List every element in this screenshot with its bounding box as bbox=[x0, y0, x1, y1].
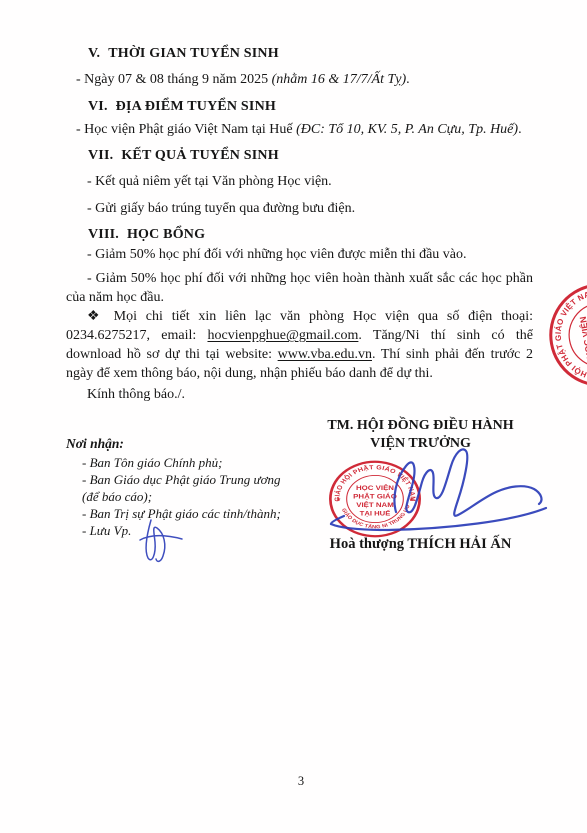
text-run: . bbox=[518, 122, 522, 137]
section-vi-item: - Học viện Phật giáo Việt Nam tại Huế (Đ… bbox=[66, 120, 533, 139]
authority-line1: TM. HỘI ĐỒNG ĐIỀU HÀNH bbox=[298, 417, 543, 435]
section-number: VII. bbox=[88, 148, 113, 163]
section-heading-viii: VIII.HỌC BỔNG bbox=[66, 225, 533, 245]
section-heading-vi: VI.ĐỊA ĐIỂM TUYỂN SINH bbox=[66, 97, 533, 117]
section-heading-vii: VII.KẾT QUẢ TUYỂN SINH bbox=[66, 146, 533, 166]
section-v-item: - Ngày 07 & 08 tháng 9 năm 2025 (nhằm 16… bbox=[66, 70, 533, 89]
signer-name: Hoà thượng THÍCH HẢI ẤN bbox=[288, 536, 553, 553]
page-number: 3 bbox=[289, 774, 313, 789]
diamond-bullet-icon: ❖ bbox=[87, 309, 105, 324]
recipient-item: - Lưu Vp. bbox=[82, 522, 300, 539]
page-edge-seal: GIÁO HỘI PHẬT GIÁO VIỆT NAM BAN GIÁO DỤC… bbox=[547, 281, 587, 389]
section-vii-item: - Gửi giấy báo trúng tuyển qua đường bưu… bbox=[66, 199, 533, 218]
section-heading-v: V.THỜI GIAN TUYỂN SINH bbox=[66, 44, 533, 64]
recipient-item: - Ban Giáo dục Phật giáo Trung ương (để … bbox=[82, 471, 300, 505]
closing-line: Kính thông báo./. bbox=[66, 385, 533, 404]
text-run: . bbox=[406, 72, 410, 87]
contact-paragraph: ❖ Mọi chi tiết xin liên lạc văn phòng Họ… bbox=[66, 307, 533, 383]
section-title: HỌC BỔNG bbox=[127, 227, 205, 242]
text-run-italic: (nhằm 16 & 17/7/Ất Tỵ) bbox=[272, 72, 407, 87]
email-link[interactable]: hocvienpghue@gmail.com bbox=[207, 328, 358, 343]
signature-ink bbox=[318, 438, 558, 538]
seal-center-line: HỌC VIỆN bbox=[577, 316, 587, 360]
document-body: V.THỜI GIAN TUYỂN SINH - Ngày 07 & 08 th… bbox=[66, 44, 533, 404]
section-number: VI. bbox=[88, 99, 108, 114]
section-viii-item: - Giảm 50% học phí đối với những học viê… bbox=[66, 269, 533, 307]
recipient-item: - Ban Trị sự Phật giáo các tỉnh/thành; bbox=[82, 505, 300, 522]
text-run: - Học viện Phật giáo Việt Nam tại Huế bbox=[76, 122, 296, 137]
section-title: ĐỊA ĐIỂM TUYỂN SINH bbox=[116, 99, 276, 114]
recipients-heading: Nơi nhận: bbox=[66, 436, 290, 452]
section-number: V. bbox=[88, 46, 100, 61]
section-vii-item: - Kết quả niêm yết tại Văn phòng Học việ… bbox=[66, 172, 533, 191]
recipient-item: - Ban Tôn giáo Chính phủ; bbox=[82, 454, 300, 471]
section-title: KẾT QUẢ TUYỂN SINH bbox=[121, 148, 279, 163]
document-page: V.THỜI GIAN TUYỂN SINH - Ngày 07 & 08 th… bbox=[0, 0, 587, 833]
text-run: - Ngày 07 & 08 tháng 9 năm 2025 bbox=[76, 72, 272, 87]
section-viii-item: - Giảm 50% học phí đối với những học viê… bbox=[66, 245, 533, 264]
website-link[interactable]: www.vba.edu.vn bbox=[278, 347, 372, 362]
section-number: VIII. bbox=[88, 227, 119, 242]
text-run-italic: (ĐC: Tổ 10, KV. 5, P. An Cựu, Tp. Huế) bbox=[296, 122, 518, 137]
section-title: THỜI GIAN TUYỂN SINH bbox=[108, 46, 279, 61]
paraph-ink bbox=[136, 512, 191, 567]
